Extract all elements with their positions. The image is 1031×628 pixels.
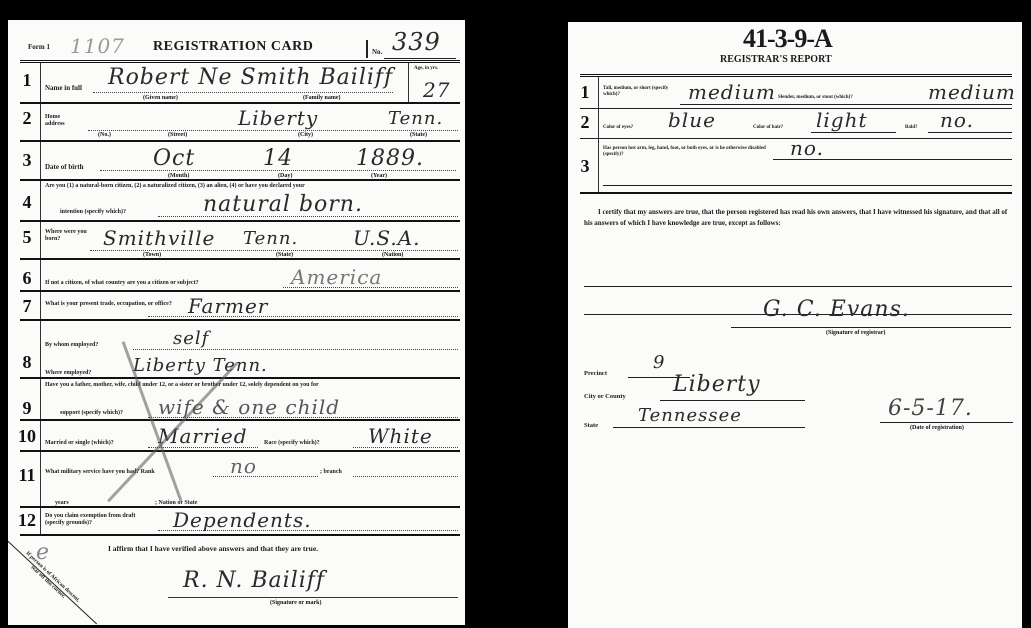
row-number: 3 bbox=[16, 150, 38, 171]
caption-no: (No.) bbox=[98, 132, 111, 138]
caption-family-name: (Family name) bbox=[303, 95, 341, 101]
value-age: 27 bbox=[423, 78, 450, 102]
value-registration-date: 6-5-17. bbox=[888, 396, 973, 421]
caption-state: (State) bbox=[410, 132, 427, 138]
corner-mark: e bbox=[36, 540, 50, 565]
label-country-of-citizenship: If not a citizen, of what country are yo… bbox=[45, 280, 199, 286]
value-city-or-county: Liberty bbox=[673, 372, 761, 397]
date-caption: (Date of registration) bbox=[910, 425, 964, 431]
label-intention: intention (specify which)? bbox=[60, 209, 126, 215]
value-birth-day: 14 bbox=[263, 146, 293, 171]
row-number: 1 bbox=[574, 82, 596, 103]
row-number: 1 bbox=[16, 70, 38, 91]
label-support: support (specify which)? bbox=[60, 410, 123, 416]
label-dependents-question: Have you a father, mother, wife, child u… bbox=[45, 382, 319, 388]
label-marital-status: Married or single (which)? bbox=[45, 440, 114, 446]
label-disability: Has person lost arm, leg, hand, foot, or… bbox=[603, 146, 773, 158]
report-title: REGISTRAR'S REPORT bbox=[720, 54, 832, 65]
label-city-or-county: City or County bbox=[584, 393, 626, 400]
label-bald: Bald? bbox=[905, 125, 918, 130]
value-birth-town: Smithville bbox=[103, 226, 215, 250]
label-citizenship-question: Are you (1) a natural-born citizen, (2) … bbox=[45, 183, 305, 189]
row-number: 4 bbox=[16, 192, 38, 213]
caption-street: (Street) bbox=[168, 132, 187, 138]
label-name: Name in full bbox=[45, 84, 82, 92]
value-state: Tennessee bbox=[638, 405, 742, 426]
value-height: medium bbox=[688, 80, 776, 104]
label-age: Age, in yrs. bbox=[414, 66, 438, 71]
value-place-of-employment: Liberty Tenn. bbox=[133, 355, 268, 376]
value-eye-color: blue bbox=[668, 108, 716, 132]
value-race: White bbox=[368, 424, 433, 448]
caption-given-name: (Given name) bbox=[143, 95, 178, 101]
label-height: Tall, medium, or short (specify which)? bbox=[603, 86, 683, 98]
label-employer: By whom employed? bbox=[45, 342, 98, 348]
value-disability: no. bbox=[790, 136, 824, 160]
value-citizenship: natural born. bbox=[203, 192, 363, 217]
row-number: 3 bbox=[574, 156, 596, 177]
value-home-state: Tenn. bbox=[388, 108, 443, 129]
row-number: 12 bbox=[16, 510, 38, 531]
label-home-address: Home address bbox=[45, 114, 75, 128]
label-race: Race (specify which)? bbox=[264, 440, 320, 446]
value-exemption: Dependents. bbox=[173, 508, 312, 532]
form-label: Form 1 bbox=[28, 43, 50, 51]
value-employer: self bbox=[173, 328, 209, 349]
value-full-name: Robert Ne Smith Bailiff bbox=[108, 65, 393, 90]
stamp-number: 41-3-9-A bbox=[743, 24, 832, 54]
label-branch: ; branch bbox=[320, 469, 342, 475]
certification-text: I certify that my answers are true, that… bbox=[584, 207, 1014, 229]
label-occupation: What is your present trade, occupation, … bbox=[45, 301, 172, 308]
label-date-of-birth: Date of birth bbox=[45, 163, 84, 171]
value-birth-month: Oct bbox=[153, 146, 195, 171]
row-number: 8 bbox=[16, 352, 38, 373]
form-number: 1107 bbox=[70, 34, 125, 58]
serial-no-label: No. bbox=[372, 48, 382, 56]
registrant-signature: R. N. Bailiff bbox=[183, 568, 325, 593]
value-birth-year: 1889. bbox=[356, 146, 424, 171]
serial-number: 339 bbox=[392, 28, 441, 56]
label-place-of-employment: Where employed? bbox=[45, 370, 91, 376]
registrar-caption: (Signature of registrar) bbox=[826, 330, 885, 336]
label-birthplace: Where were you born? bbox=[45, 229, 90, 243]
label-hair-color: Color of hair? bbox=[753, 125, 783, 130]
value-build: medium bbox=[928, 80, 1016, 104]
row-number: 6 bbox=[16, 268, 38, 289]
label-precinct: Precinct bbox=[584, 370, 607, 377]
value-occupation: Farmer bbox=[188, 294, 268, 318]
label-exemption: Do you claim exemption from draft (speci… bbox=[45, 513, 155, 527]
registrar-signature: G. C. Evans. bbox=[763, 297, 910, 322]
row-number: 2 bbox=[16, 108, 38, 129]
value-military-rank: no bbox=[230, 454, 257, 478]
value-home-city: Liberty bbox=[238, 106, 318, 130]
registration-card: Form 1 1107 REGISTRATION CARD No. 339 1 … bbox=[8, 20, 465, 625]
value-birth-nation: U.S.A. bbox=[353, 226, 421, 250]
card-title: REGISTRATION CARD bbox=[153, 39, 313, 55]
value-hair-color: light bbox=[816, 108, 868, 132]
label-eye-color: Color of eyes? bbox=[603, 125, 633, 130]
row-number: 11 bbox=[16, 465, 38, 486]
caption-city: (City) bbox=[298, 132, 313, 138]
value-bald: no. bbox=[940, 108, 974, 132]
row-number: 2 bbox=[574, 112, 596, 133]
row-number: 7 bbox=[16, 296, 38, 317]
row-number: 10 bbox=[16, 426, 38, 447]
affirmation-text: I affirm that I have verified above answ… bbox=[108, 544, 318, 553]
signature-caption: (Signature or mark) bbox=[270, 600, 321, 606]
value-birth-state: Tenn. bbox=[243, 228, 298, 249]
registrars-report-card: 41-3-9-A REGISTRAR'S REPORT 1 Tall, medi… bbox=[568, 22, 1022, 628]
tear-off-corner: If person is of African descent, tear of… bbox=[8, 535, 100, 625]
row-number: 5 bbox=[16, 227, 38, 248]
row-number: 9 bbox=[16, 398, 38, 419]
label-state: State bbox=[584, 422, 598, 429]
label-build: Slender, medium, or stout (which)? bbox=[778, 95, 853, 100]
value-country: America bbox=[291, 265, 382, 289]
value-precinct: 9 bbox=[653, 352, 665, 373]
value-marital-status: Married bbox=[158, 424, 248, 448]
